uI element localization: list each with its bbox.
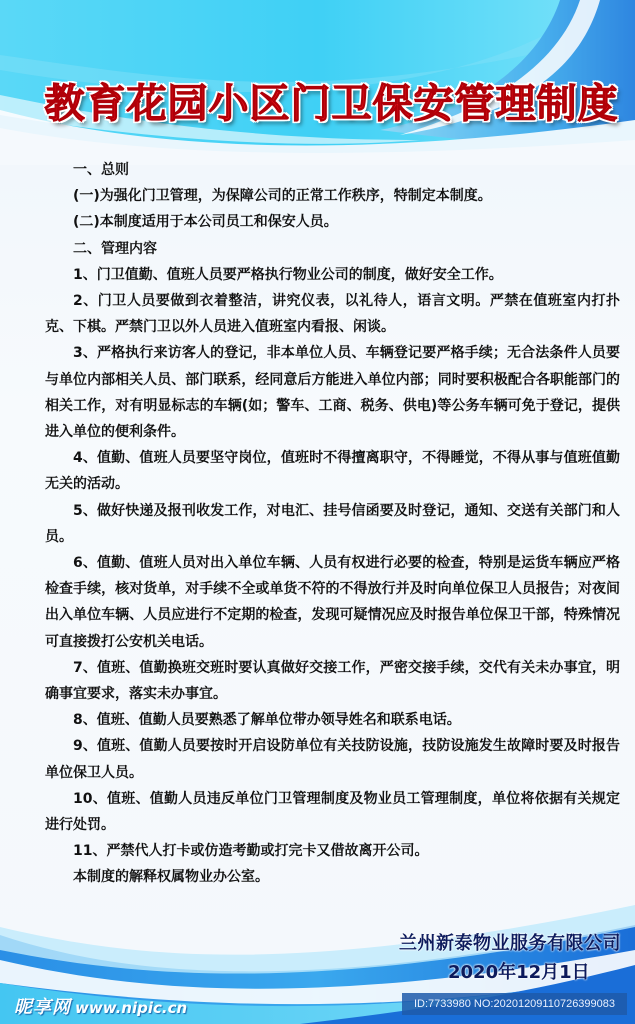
clause-4: 4、值勤、值班人员要坚守岗位，值班时不得擅离职守，不得睡觉，不得从事与值班值勤无…	[45, 445, 620, 497]
nipic-watermark: 昵享网www.nipic.cn	[14, 993, 187, 1019]
interpretation-note: 本制度的解释权属物业办公室。	[45, 864, 620, 890]
clause-9: 9、值班、值勤人员要按时开启设防单位有关技防设施，技防设施发生故障时要及时报告单…	[45, 733, 620, 785]
watermark-brand: 昵享网	[14, 997, 71, 1018]
clause-1: 1、门卫值勤、值班人员要严格执行物业公司的制度，做好安全工作。	[45, 262, 620, 288]
issue-date: 2020年12月1日	[448, 958, 590, 984]
poster-title: 教育花园小区门卫保安管理制度	[0, 72, 635, 129]
clause-11: 11、严禁代人打卡或仿造考勤或打完卡又借故离开公司。	[45, 838, 620, 864]
clause-8: 8、值班、值勤人员要熟悉了解单位带办领导姓名和联系电话。	[45, 707, 620, 733]
clause-general-2: (二)本制度适用于本公司员工和保安人员。	[45, 209, 620, 235]
regulation-body: 一、总则 (一)为强化门卫管理，为保障公司的正常工作秩序，特制定本制度。 (二)…	[45, 157, 620, 891]
clause-10: 10、值班、值勤人员违反单位门卫管理制度及物业员工管理制度，单位将依据有关规定进…	[45, 786, 620, 838]
image-id-label: ID:7733980 NO:20201209110726399083	[402, 993, 627, 1015]
clause-7: 7、值班、值勤换班交班时要认真做好交接工作，严密交接手续，交代有关未办事宜，明确…	[45, 655, 620, 707]
company-name: 兰州新泰物业服务有限公司	[399, 929, 621, 955]
watermark-site: www.nipic.cn	[75, 999, 187, 1017]
section-heading-general: 一、总则	[45, 157, 620, 183]
clause-general-1: (一)为强化门卫管理，为保障公司的正常工作秩序，特制定本制度。	[45, 183, 620, 209]
clause-5: 5、做好快递及报刊收发工作，对电汇、挂号信函要及时登记，通知、交送有关部门和人员…	[45, 498, 620, 550]
section-heading-management: 二、管理内容	[45, 236, 620, 262]
poster: 教育花园小区门卫保安管理制度 一、总则 (一)为强化门卫管理，为保障公司的正常工…	[0, 0, 635, 1024]
clause-6: 6、值勤、值班人员对出入单位车辆、人员有权进行必要的检查，特别是运货车辆应严格检…	[45, 550, 620, 655]
clause-2: 2、门卫人员要做到衣着整洁，讲究仪表，以礼待人，语言文明。严禁在值班室内打扑克、…	[45, 288, 620, 340]
clause-3: 3、严格执行来访客人的登记，非本单位人员、车辆登记要严格手续；无合法条件人员要与…	[45, 340, 620, 445]
